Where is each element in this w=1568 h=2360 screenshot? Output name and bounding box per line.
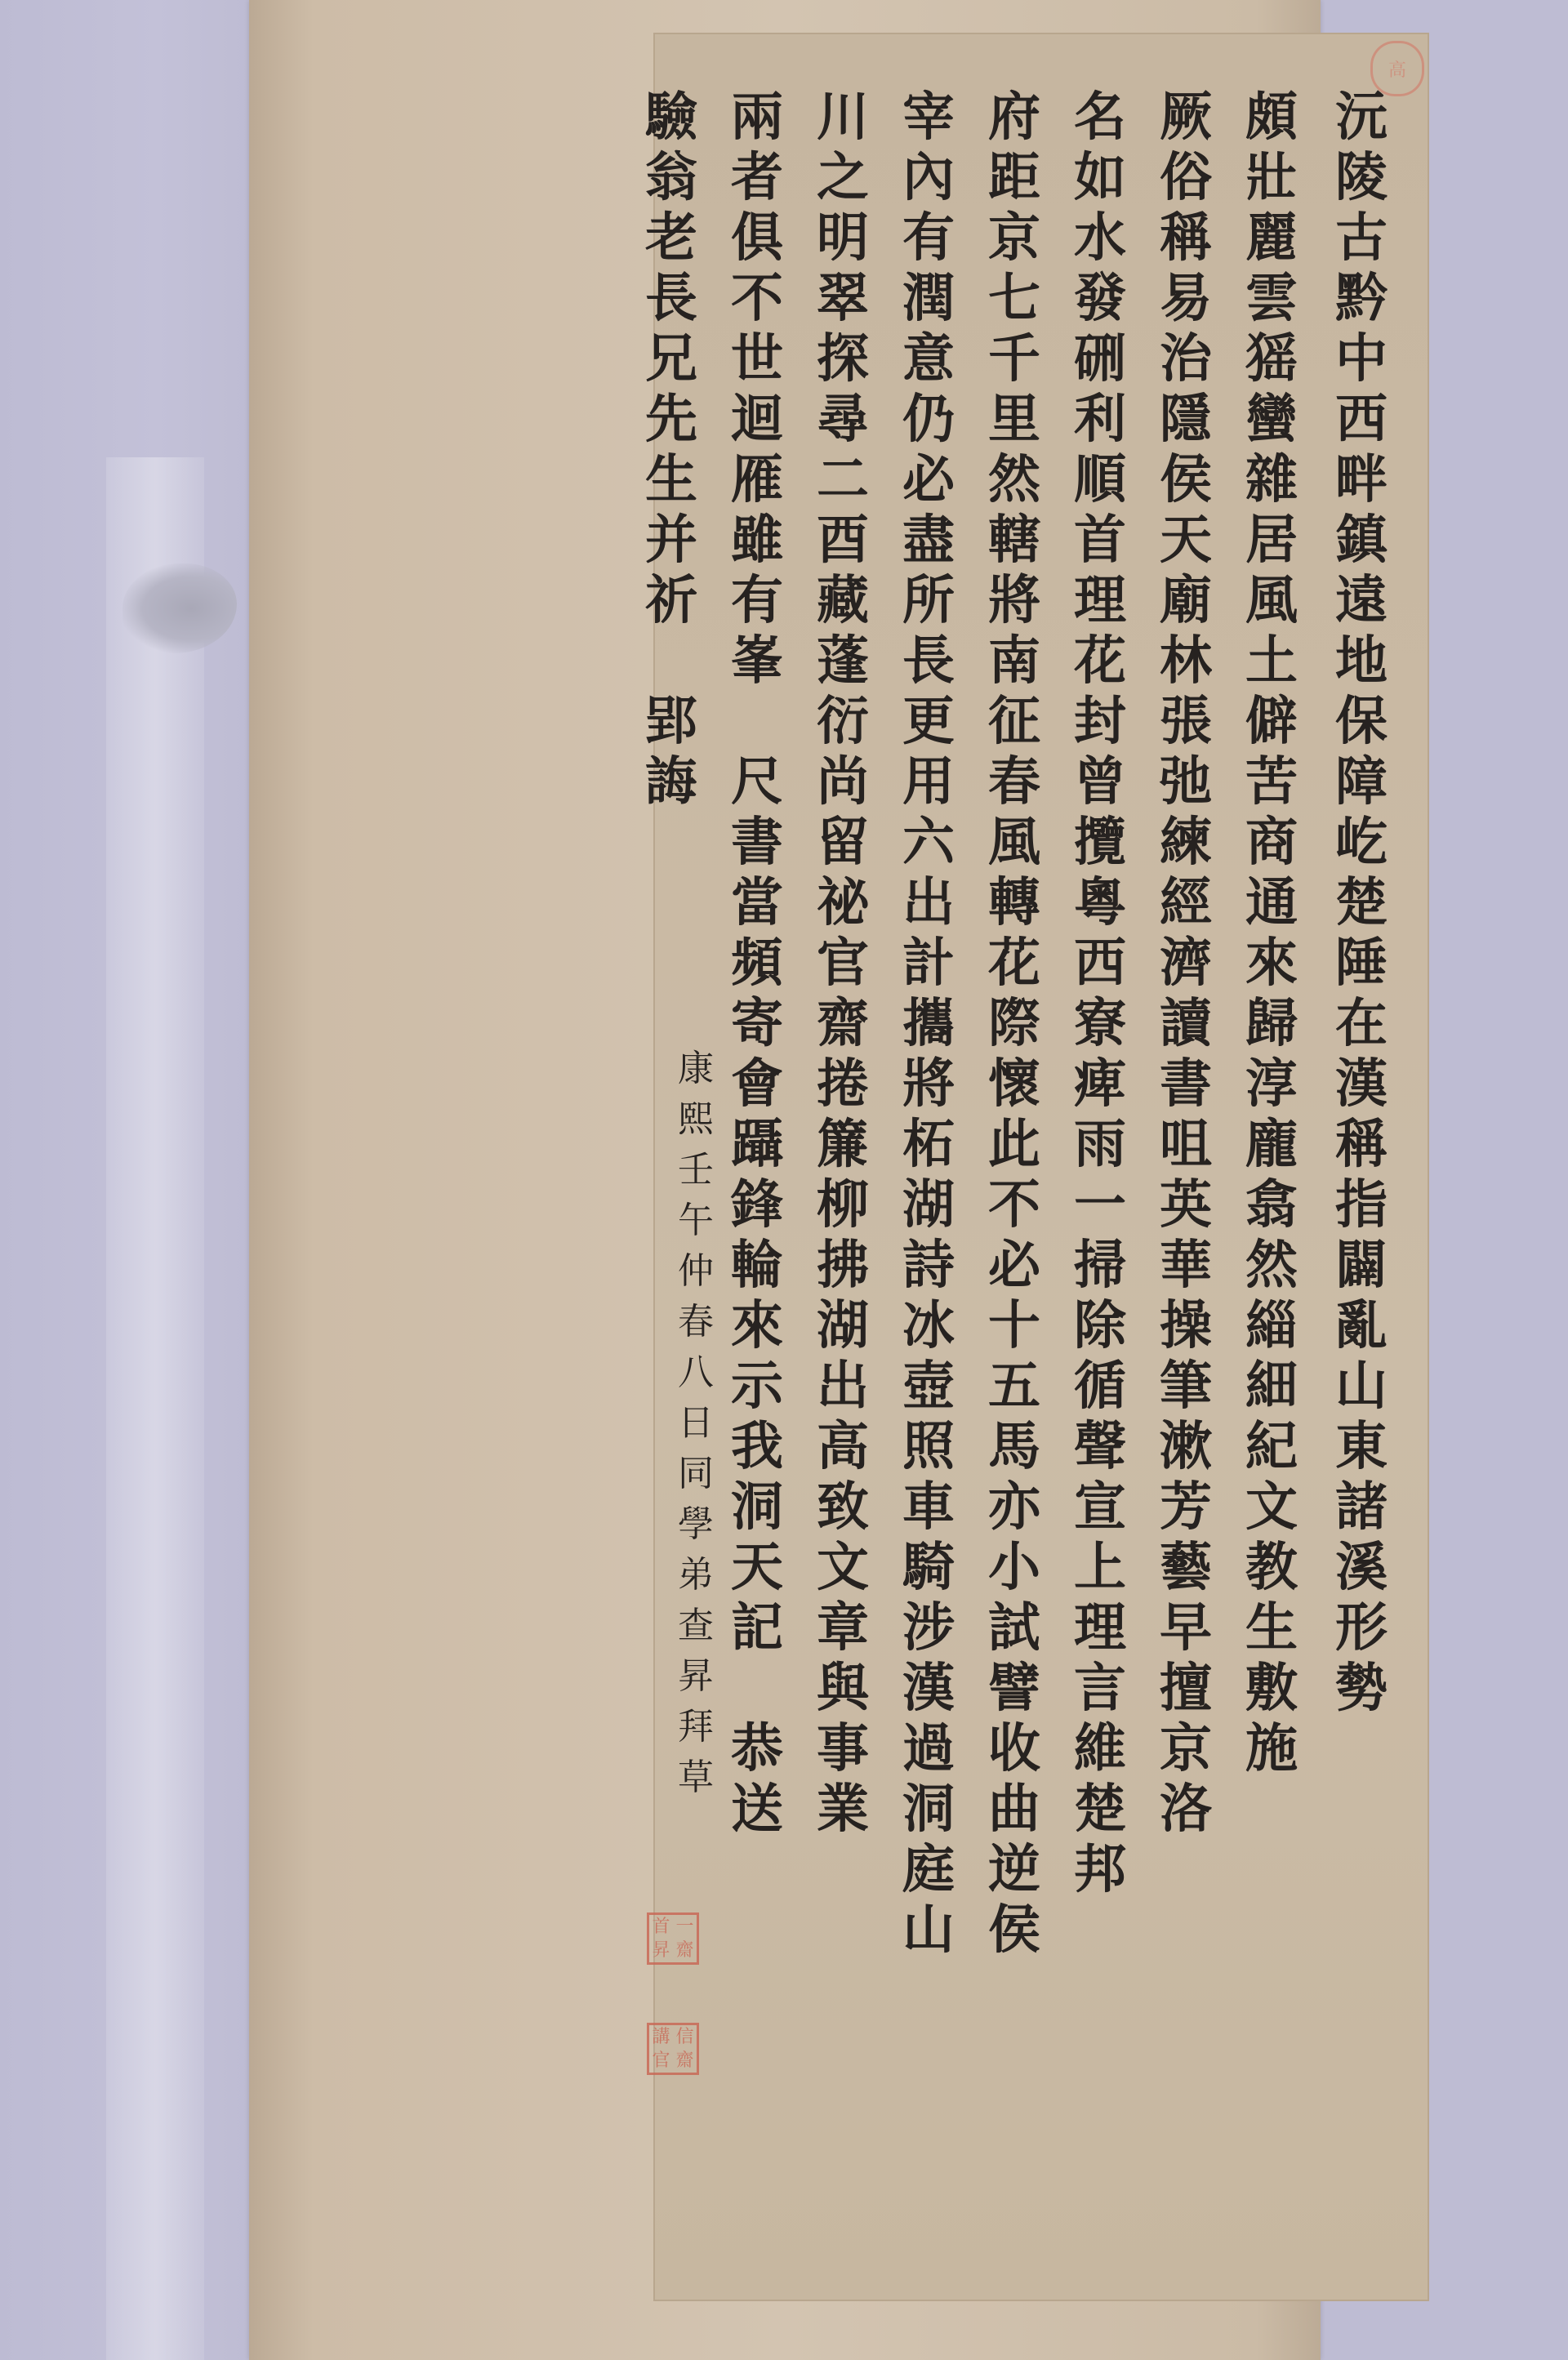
character: 俗 [1160,152,1212,204]
character: 捲 [817,1058,869,1111]
character: 利 [1074,394,1126,446]
character: 湖 [902,1179,955,1231]
character: 名 [1074,91,1126,144]
character: 六 [902,817,955,869]
character: 闢 [1335,1240,1388,1292]
character: 尚 [817,756,869,808]
character: 雖 [731,514,783,567]
character: 洞 [731,1481,783,1534]
character: 壯 [1245,152,1298,204]
character: 距 [988,152,1040,204]
character: 英 [1160,1179,1212,1231]
character: 五 [988,1360,1040,1413]
character: 高 [817,1421,869,1473]
character: 東 [1335,1421,1388,1473]
character: 經 [1160,877,1212,929]
character: 輪 [731,1240,783,1292]
character: 濟 [1160,937,1212,990]
character: 壺 [902,1360,955,1413]
character: 誨 [645,756,697,808]
backdrop-stain [122,563,237,653]
character: 留 [817,817,869,869]
character: 不 [731,273,783,325]
character: 車 [902,1481,955,1534]
character: 土 [1245,635,1298,688]
character: 然 [1245,1240,1298,1292]
character: 風 [1245,575,1298,627]
character: 亂 [1335,1300,1388,1352]
character: 掃 [1074,1240,1126,1292]
character: 攜 [902,998,955,1050]
character: 轄 [988,514,1040,567]
character: 齋 [817,998,869,1050]
text-column: 川之明翠探尋二酉藏蓬衍尚留祕官齋捲簾柳拂湖出高致文章與事業 [817,91,869,1844]
character: 千 [988,333,1040,385]
character: 二 [817,454,869,506]
character: 南 [988,635,1040,688]
character: 亦 [988,1481,1040,1534]
character: 兄 [645,333,697,385]
character: 有 [731,575,783,627]
character: 者 [731,152,783,204]
character: 譬 [988,1663,1040,1715]
character: 藏 [817,575,869,627]
character: 內 [902,152,955,204]
character: 在 [1335,998,1388,1050]
character: 尋 [817,394,869,446]
signature-column: 康熙壬午仲春八日同學弟查昇拜草 [678,1051,714,1810]
character: 寮 [1074,998,1126,1050]
character: 兩 [731,91,783,144]
character: 順 [1074,454,1126,506]
character: 曾 [1074,756,1126,808]
character: 不 [988,1179,1040,1231]
character: 然 [988,454,1040,506]
character: 陲 [1335,937,1388,990]
character: 形 [1335,1602,1388,1654]
character: 春 [678,1304,714,1340]
scroll-mount: 沅陵古黔中西畔鎮遠地保障屹楚陲在漢稱指闢亂山東諸溪形勢頗壯麗雲猺蠻雜居風土僻苦商… [249,0,1321,2360]
character: 詩 [902,1240,955,1292]
character: 尺 [731,756,783,808]
character: 稱 [1160,212,1212,265]
character: 來 [731,1300,783,1352]
character: 恭 [731,1723,783,1775]
character: 送 [731,1783,783,1836]
character: 咀 [1160,1119,1212,1171]
character: 陵 [1335,152,1388,204]
character: 畔 [1335,454,1388,506]
character: 書 [731,817,783,869]
character: 敷 [1245,1663,1298,1715]
character: 痺 [1074,1058,1126,1111]
character: 與 [817,1663,869,1715]
character: 壬 [678,1152,714,1188]
character: 稱 [1335,1119,1388,1171]
character: 上 [1074,1542,1126,1594]
character: 冰 [902,1300,955,1352]
character: 華 [1160,1240,1212,1292]
character: 擅 [1160,1663,1212,1715]
character: 練 [1160,817,1212,869]
character: 草 [678,1760,714,1796]
character: 隱 [1160,394,1212,446]
character: 七 [988,273,1040,325]
character: 拜 [678,1709,714,1745]
character: 楚 [1335,877,1388,929]
character: 西 [1335,394,1388,446]
character: 理 [1074,575,1126,627]
character: 必 [988,1240,1040,1292]
character: 施 [1245,1723,1298,1775]
character: 猺 [1245,333,1298,385]
character: 查 [678,1608,714,1644]
character: 勢 [1335,1663,1388,1715]
character: 一 [1074,1179,1126,1231]
character: 潤 [902,273,955,325]
text-column: 驗翁老長兄先生并祈 郢誨 [645,91,697,817]
character: 早 [1160,1602,1212,1654]
character: 熙 [678,1102,714,1138]
character: 午 [678,1203,714,1239]
character: 祈 [645,575,697,627]
character: 風 [988,817,1040,869]
character: 征 [988,696,1040,748]
character: 俱 [731,212,783,265]
character: 將 [902,1058,955,1111]
character: 章 [817,1602,869,1654]
character: 楚 [1074,1783,1126,1836]
character: 如 [1074,152,1126,204]
character: 古 [1335,212,1388,265]
character: 長 [645,273,697,325]
character: 治 [1160,333,1212,385]
character: 翁 [645,152,697,204]
character: 循 [1074,1360,1126,1413]
character: 此 [988,1119,1040,1171]
text-column: 沅陵古黔中西畔鎮遠地保障屹楚陲在漢稱指闢亂山東諸溪形勢 [1335,91,1388,1723]
character: 翕 [1245,1179,1298,1231]
character: 厥 [1160,91,1212,144]
character: 柘 [902,1119,955,1171]
character: 川 [817,91,869,144]
character: 漢 [1335,1058,1388,1111]
character: 先 [645,394,697,446]
character: 水 [1074,212,1126,265]
character: 保 [1335,696,1388,748]
seal-lower-1: 首 一 昇 齋 [647,1912,699,1965]
character: 昇 [678,1659,714,1694]
character: 曲 [988,1783,1040,1836]
text-column: 名如水發硎利順首理花封曾攬粵西寮痺雨一掃除循聲宣上理言維楚邦 [1074,91,1126,1904]
character: 邦 [1074,1844,1126,1896]
character: 京 [1160,1723,1212,1775]
character: 十 [988,1300,1040,1352]
character: 翠 [817,273,869,325]
character: 康 [678,1051,714,1087]
character: 漱 [1160,1421,1212,1473]
character: 指 [1335,1179,1388,1231]
character: 出 [902,877,955,929]
character: 鋒 [731,1179,783,1231]
character: 沅 [1335,91,1388,144]
character: 仍 [902,394,955,446]
character: 首 [1074,514,1126,567]
character: 文 [1245,1481,1298,1534]
character: 侯 [1160,454,1212,506]
seal-lower-2: 講 信 官 齋 [647,2023,699,2075]
character: 障 [1335,756,1388,808]
character: 學 [678,1507,714,1543]
character: 雨 [1074,1119,1126,1171]
character: 并 [645,514,697,567]
character: 藝 [1160,1542,1212,1594]
character: 柳 [817,1179,869,1231]
character: 照 [902,1421,955,1473]
seal-top-right: 高 [1370,41,1424,96]
character: 示 [731,1360,783,1413]
character: 洞 [902,1783,955,1836]
text-column: 頗壯麗雲猺蠻雜居風土僻苦商通來歸淳龐翕然緇細紀文教生敷施 [1245,91,1298,1783]
character: 芳 [1160,1481,1212,1534]
character: 躡 [731,1119,783,1171]
character: 理 [1074,1602,1126,1654]
character: 仲 [678,1253,714,1289]
character: 弛 [1160,756,1212,808]
character: 我 [731,1421,783,1473]
character: 事 [817,1723,869,1775]
character: 頻 [731,937,783,990]
character: 弟 [678,1557,714,1593]
character: 筆 [1160,1360,1212,1413]
character: 拂 [817,1240,869,1292]
character: 漢 [902,1663,955,1715]
character: 除 [1074,1300,1126,1352]
character: 花 [988,937,1040,990]
character: 世 [731,333,783,385]
character: 郢 [645,696,697,748]
character [731,1663,783,1715]
character: 所 [902,575,955,627]
character: 際 [988,998,1040,1050]
character: 生 [645,454,697,506]
character: 細 [1245,1360,1298,1413]
character: 侯 [988,1904,1040,1957]
character: 收 [988,1723,1040,1775]
character: 屹 [1335,817,1388,869]
character: 來 [1245,937,1298,990]
character: 封 [1074,696,1126,748]
character: 盡 [902,514,955,567]
character: 居 [1245,514,1298,567]
character: 轉 [988,877,1040,929]
character: 京 [988,212,1040,265]
character: 峯 [731,635,783,688]
character: 湖 [817,1300,869,1352]
character: 驗 [645,91,697,144]
character: 試 [988,1602,1040,1654]
character: 出 [817,1360,869,1413]
character: 頗 [1245,91,1298,144]
text-column: 兩者俱不世迴雁雖有峯 尺書當頻寄會躡鋒輪來示我洞天記 恭送 [731,91,783,1844]
character: 天 [1160,514,1212,567]
character: 硎 [1074,333,1126,385]
character: 簾 [817,1119,869,1171]
character: 歸 [1245,998,1298,1050]
character: 寄 [731,998,783,1050]
character: 過 [902,1723,955,1775]
character: 生 [1245,1602,1298,1654]
character: 庭 [902,1844,955,1896]
character [645,635,697,688]
character: 聲 [1074,1421,1126,1473]
character: 攬 [1074,817,1126,869]
character: 日 [678,1405,714,1441]
character: 黔 [1335,273,1388,325]
character: 明 [817,212,869,265]
text-column: 厥俗稱易治隱侯天廟林張弛練經濟讀書咀英華操筆漱芳藝早擅京洛 [1160,91,1212,1844]
character: 衍 [817,696,869,748]
character: 言 [1074,1663,1126,1715]
character: 溪 [1335,1542,1388,1594]
character: 逆 [988,1844,1040,1896]
character: 更 [902,696,955,748]
character: 鎮 [1335,514,1388,567]
character: 官 [817,937,869,990]
character: 中 [1335,333,1388,385]
character: 通 [1245,877,1298,929]
character: 遠 [1335,575,1388,627]
character: 將 [988,575,1040,627]
character: 同 [678,1456,714,1492]
character: 維 [1074,1723,1126,1775]
character: 里 [988,394,1040,446]
character: 春 [988,756,1040,808]
character: 記 [731,1602,783,1654]
character: 必 [902,454,955,506]
character: 老 [645,212,697,265]
text-column: 府距京七千里然轄將南征春風轉花際懷此不必十五馬亦小試譬收曲逆侯 [988,91,1040,1965]
character: 宰 [902,91,955,144]
character: 發 [1074,273,1126,325]
character: 地 [1335,635,1388,688]
character: 天 [731,1542,783,1594]
character: 雁 [731,454,783,506]
character: 龐 [1245,1119,1298,1171]
character: 粵 [1074,877,1126,929]
character: 易 [1160,273,1212,325]
character: 商 [1245,817,1298,869]
plastic-sleeve [106,457,204,2360]
character: 祕 [817,877,869,929]
character: 致 [817,1481,869,1534]
character: 讀 [1160,998,1212,1050]
character: 宣 [1074,1481,1126,1534]
character: 淳 [1245,1058,1298,1111]
character: 西 [1074,937,1126,990]
character: 長 [902,635,955,688]
character: 洛 [1160,1783,1212,1836]
text-column: 宰內有潤意仍必盡所長更用六出計攜將柘湖詩冰壺照車騎涉漢過洞庭山 [902,91,955,1965]
character: 計 [902,937,955,990]
character: 林 [1160,635,1212,688]
character: 僻 [1245,696,1298,748]
character: 廟 [1160,575,1212,627]
character: 操 [1160,1300,1212,1352]
calligraphy-panel: 沅陵古黔中西畔鎮遠地保障屹楚陲在漢稱指闢亂山東諸溪形勢頗壯麗雲猺蠻雜居風土僻苦商… [653,33,1429,2301]
character [731,696,783,748]
character: 之 [817,152,869,204]
character: 張 [1160,696,1212,748]
character: 苦 [1245,756,1298,808]
character: 業 [817,1783,869,1836]
character: 懷 [988,1058,1040,1111]
character: 書 [1160,1058,1212,1111]
character: 緇 [1245,1300,1298,1352]
character: 八 [678,1355,714,1391]
character: 花 [1074,635,1126,688]
character: 蓬 [817,635,869,688]
character: 騎 [902,1542,955,1594]
character: 探 [817,333,869,385]
character: 會 [731,1058,783,1111]
character: 山 [1335,1360,1388,1413]
character: 府 [988,91,1040,144]
character: 雜 [1245,454,1298,506]
character: 蠻 [1245,394,1298,446]
character: 諸 [1335,1481,1388,1534]
character: 酉 [817,514,869,567]
character: 迴 [731,394,783,446]
character: 紀 [1245,1421,1298,1473]
character: 文 [817,1542,869,1594]
character: 用 [902,756,955,808]
character: 馬 [988,1421,1040,1473]
character: 當 [731,877,783,929]
character: 山 [902,1904,955,1957]
character: 雲 [1245,273,1298,325]
character: 小 [988,1542,1040,1594]
character: 麗 [1245,212,1298,265]
character: 意 [902,333,955,385]
character: 教 [1245,1542,1298,1594]
character: 涉 [902,1602,955,1654]
character: 有 [902,212,955,265]
